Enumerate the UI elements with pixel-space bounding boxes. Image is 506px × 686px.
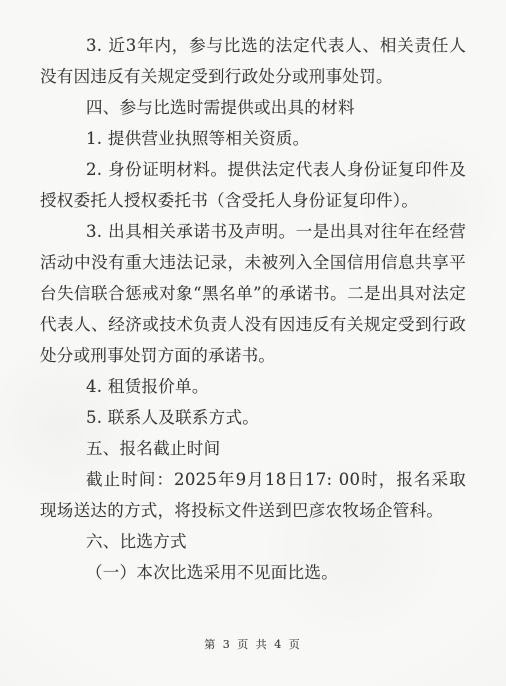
clause-method-detail: （一）本次比选采用不见面比选。 (40, 557, 466, 588)
clause-prior-penalty: 3. 近3年内，参与比选的法定代表人、相关责任人没有因违反有关规定受到行政处分或… (40, 30, 466, 92)
section-heading-materials: 四、参与比选时需提供或出具的材料 (40, 92, 466, 123)
section-heading-deadline: 五、报名截止时间 (40, 433, 466, 464)
document-page: 3. 近3年内，参与比选的法定代表人、相关责任人没有因违反有关规定受到行政处分或… (0, 0, 506, 686)
clause-rental-quotation: 4. 租赁报价单。 (40, 371, 466, 402)
page-number: 第 3 页 共 4 页 (204, 638, 301, 651)
page-footer: 第 3 页 共 4 页 (0, 636, 506, 652)
clause-deadline-detail: 截止时间：2025年9月18日17: 00时，报名采取现场送达的方式，将投标文件… (40, 464, 466, 526)
clause-identity-proof: 2. 身份证明材料。提供法定代表人身份证复印件及授权委托人授权委托书（含受托人身… (40, 154, 466, 216)
clause-commitment-letters: 3. 出具相关承诺书及声明。一是出具对往年在经营活动中没有重大违法记录，未被列入… (40, 216, 466, 371)
clause-business-license: 1. 提供营业执照等相关资质。 (40, 123, 466, 154)
clause-contact-info: 5. 联系人及联系方式。 (40, 402, 466, 433)
document-body: 3. 近3年内，参与比选的法定代表人、相关责任人没有因违反有关规定受到行政处分或… (40, 30, 466, 588)
section-heading-method: 六、比选方式 (40, 526, 466, 557)
